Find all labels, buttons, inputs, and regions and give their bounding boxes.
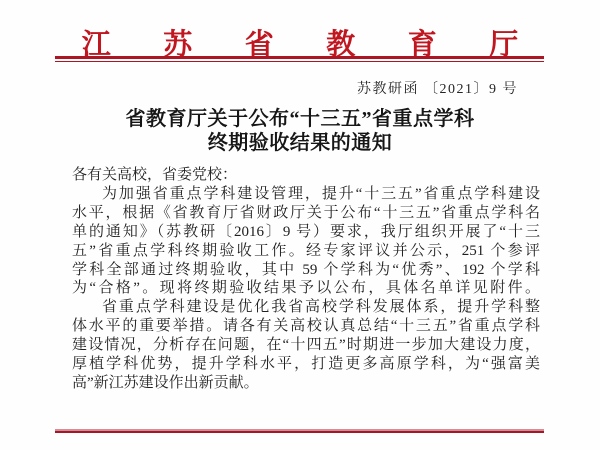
salutation-line: 各有关高校，省委党校： [72,166,540,185]
document-title-line-2: 终期验收结果的通知 [0,132,600,156]
body-line: 建设情况，分析存在问题，在“十四五”时期进一步加大建设力度， [72,336,540,355]
body-line: 省重点学科建设是优化我省高校学科发展体系，提升学科整 [72,298,540,317]
body-line: 学科全部通过终期验收，其中 59 个学科为“优秀”、192 个学科 [72,261,540,280]
document-number: 苏教研函 〔2021〕9 号 [357,78,518,98]
body-line: 高”新江苏建设作出新贡献。 [72,374,540,393]
body-line: 厚植学科优势，提升学科水平，打造更多高原学科，为“强富美 [72,355,540,374]
document-body: 各有关高校，省委党校： 为加强省重点学科建设管理，提升“十三五”省重点学科建设 … [72,166,540,393]
header-divider-thin-line [55,61,544,62]
document-page: 江 苏 省 教 育 厅 苏教研函 〔2021〕9 号 省教育厅关于公布“十三五”… [0,0,600,450]
document-title: 省教育厅关于公布“十三五”省重点学科 终期验收结果的通知 [0,108,600,155]
body-line: 为加强省重点学科建设管理，提升“十三五”省重点学科建设 [72,185,540,204]
footer-divider [55,429,544,433]
document-title-line-1: 省教育厅关于公布“十三五”省重点学科 [0,108,600,132]
footer-divider-red-line [55,431,544,433]
header-divider [55,56,544,62]
body-line: 为“合格”。现将终期验收结果予以公布，具体名单详见附件。 [72,279,540,298]
body-line: 体水平的重要举措。请各有关高校认真总结“十三五”省重点学科 [72,317,540,336]
body-line: 五”省重点学科终期验收工作。经专家评议并公示，251 个参评 [72,242,540,261]
body-line: 水平，根据《省教育厅省财政厅关于公布“十三五”省重点学科名 [72,204,540,223]
body-line: 单的通知》（苏教研〔2016〕9 号）要求，我厅组织开展了“十三 [72,223,540,242]
